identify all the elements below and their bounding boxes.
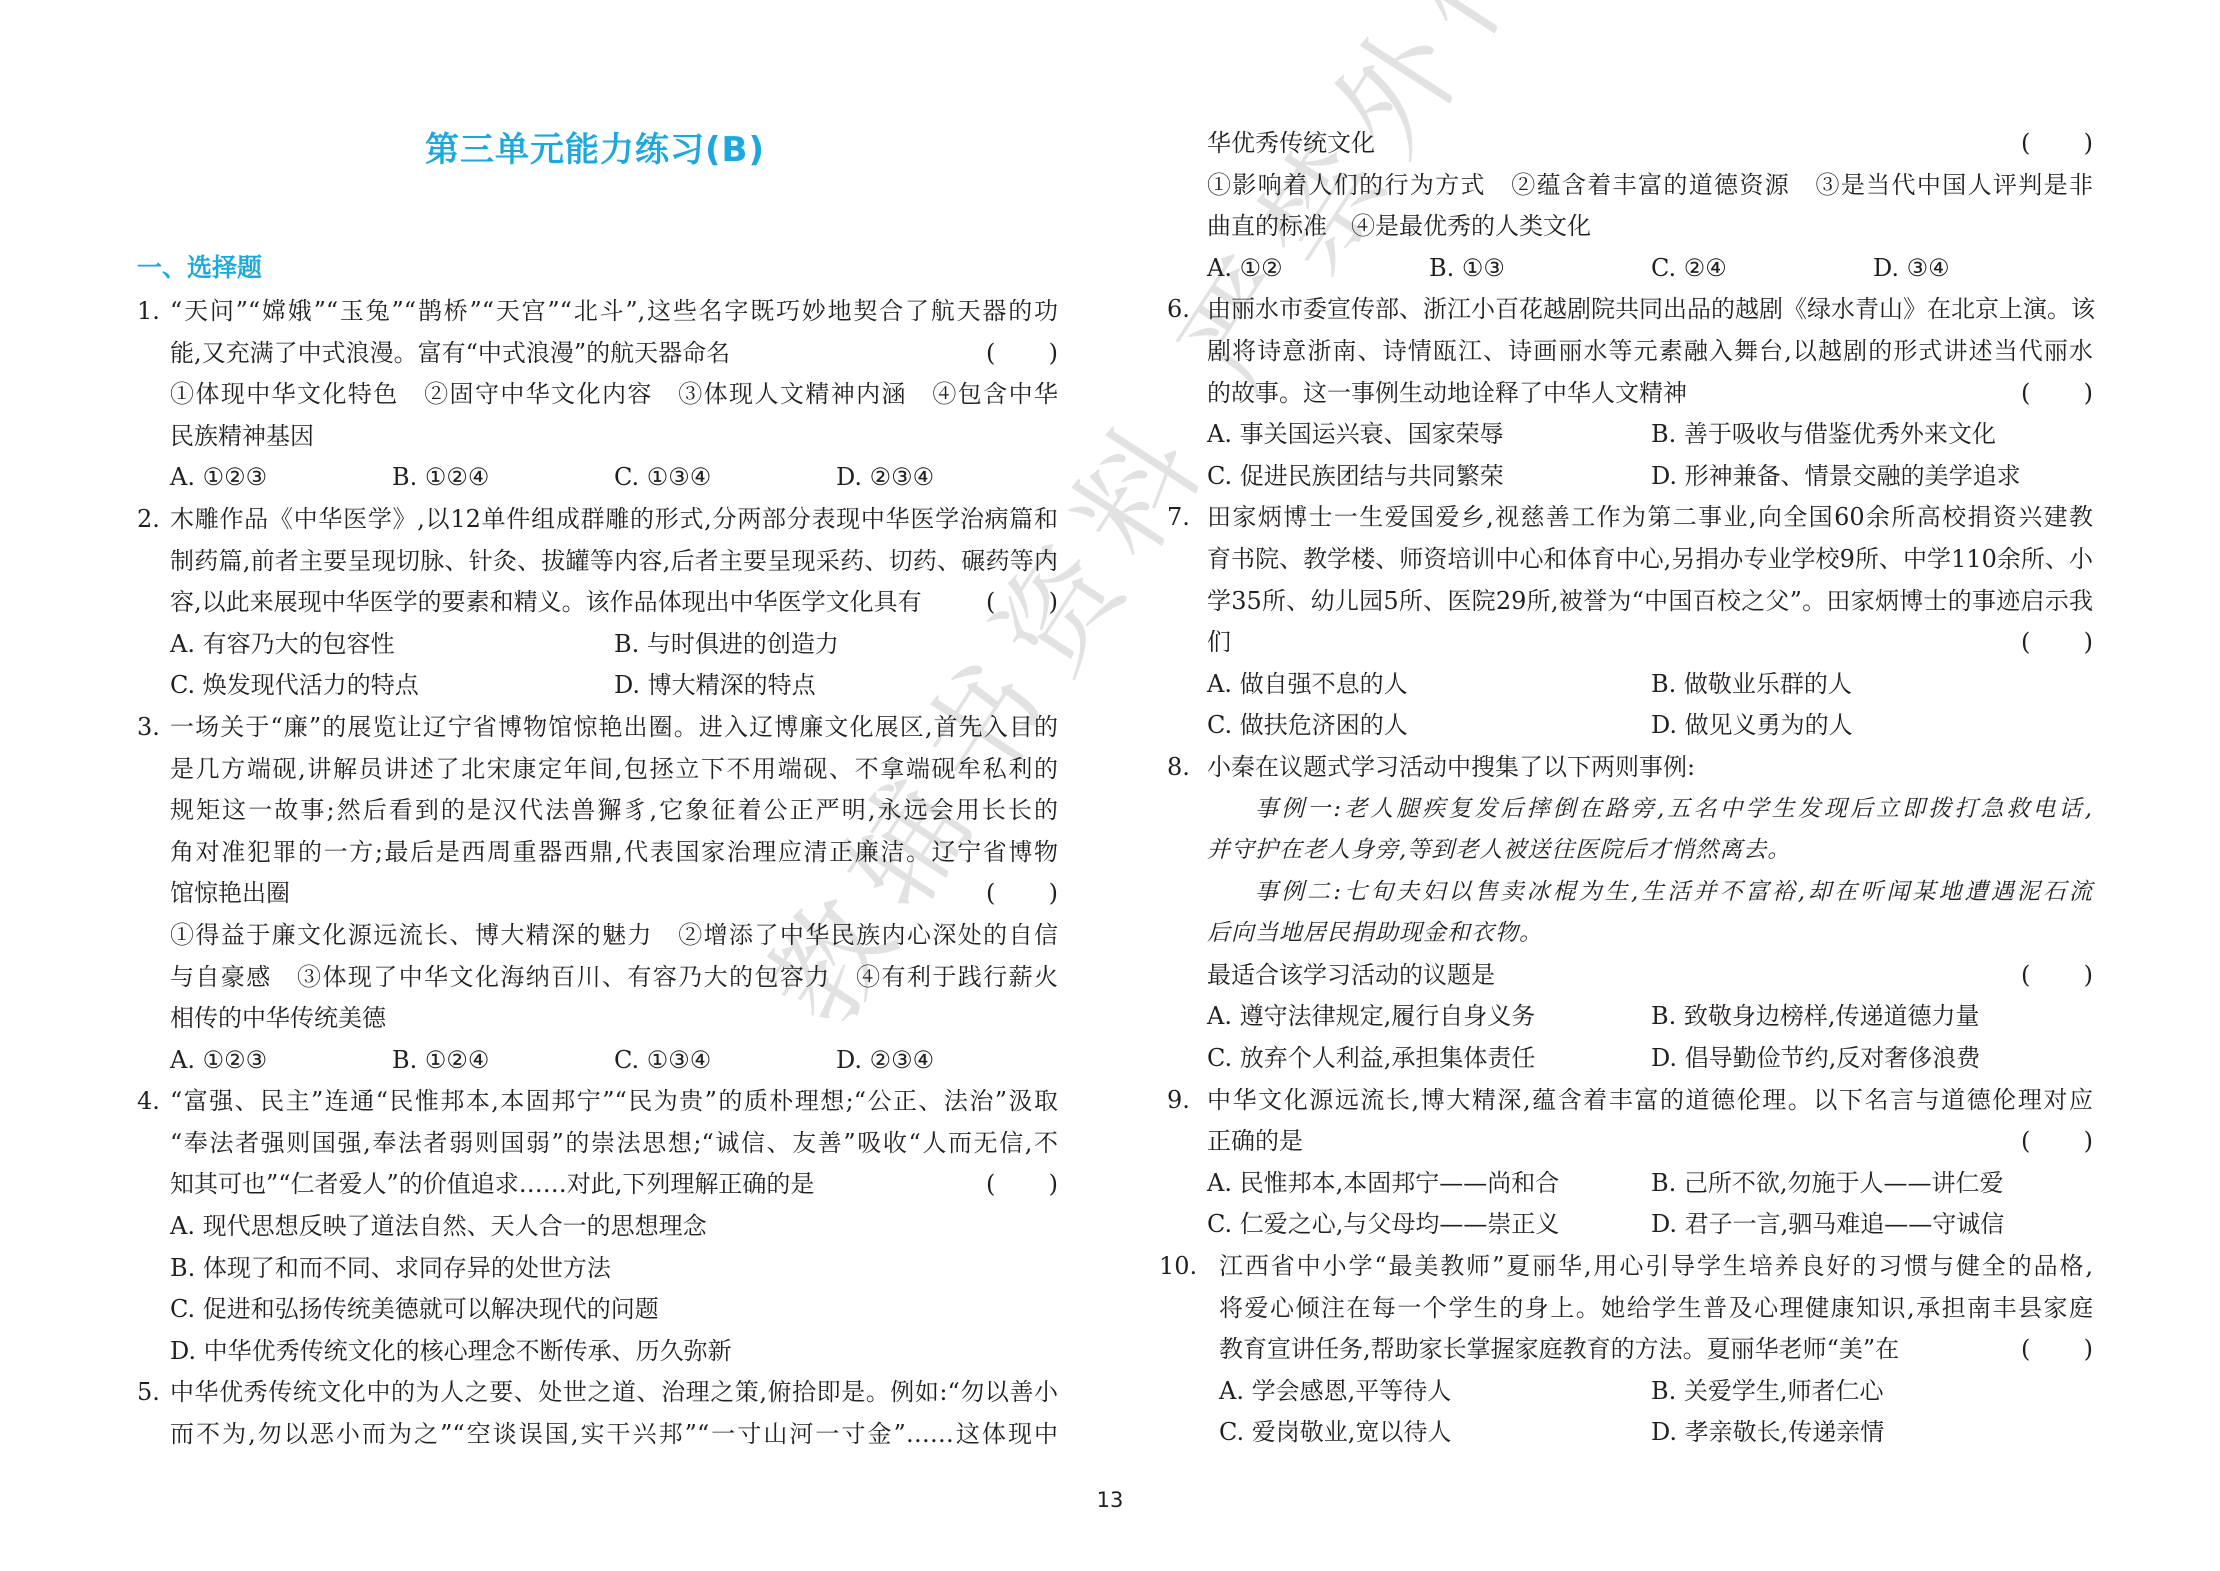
statement-line: ①得益于廉文化源远流长、博大精深的魅力 ②增添了中华民族内心深处的自信 (170, 915, 1058, 957)
option-b[interactable]: B. ①②④ (392, 457, 489, 499)
option-d[interactable]: D. 中华优秀传统文化的核心理念不断传承、历久弥新 (170, 1331, 1058, 1373)
option-b[interactable]: B. 己所不欲,勿施于人——讲仁爱 (1651, 1163, 2004, 1205)
question-stem-line: 们 (1207, 622, 2093, 664)
option-c[interactable]: C. ②④ (1651, 248, 1727, 290)
answer-blank[interactable]: () (2021, 123, 2093, 165)
option-d[interactable]: D. 孝亲敬长,传递亲情 (1651, 1412, 1884, 1454)
question-stem-line: 最适合该学习活动的议题是 (1207, 955, 2093, 997)
statement-line: 曲直的标准 ④是最优秀的人类文化 (1207, 206, 2093, 248)
section-heading-multiple-choice: 一、选择题 (137, 248, 262, 284)
question-7: 7.田家炳博士一生爱国爱乡,视慈善工作为第二事业,向全国60余所高校捐资兴建教 … (1167, 497, 2093, 747)
statement-line: 民族精神基因 (170, 416, 1058, 458)
option-a[interactable]: A. 做自强不息的人 (1207, 664, 1408, 706)
question-stem-line: 一场关于“廉”的展览让辽宁省博物馆惊艳出圈。进入辽博廉文化展区,首先入目的 (170, 707, 1058, 749)
option-c[interactable]: C. 放弃个人利益,承担集体责任 (1207, 1038, 1535, 1080)
option-b[interactable]: B. ①②④ (392, 1040, 489, 1082)
question-number: 2. (137, 499, 160, 541)
option-a[interactable]: A. 民惟邦本,本固邦宁——尚和合 (1207, 1163, 1559, 1205)
case-1-line: 并守护在老人身旁,等到老人被送往医院后才悄然离去。 (1207, 830, 2093, 872)
question-5-continued: 华优秀传统文化() ①影响着人们的行为方式 ②蕴含着丰富的道德资源 ③是当代中国… (1167, 123, 2093, 289)
option-c[interactable]: C. ①③④ (614, 457, 711, 499)
question-3: 3.一场关于“廉”的展览让辽宁省博物馆惊艳出圈。进入辽博廉文化展区,首先入目的 … (137, 707, 1058, 1081)
question-stem-line: 容,以此来展现中华医学的要素和精义。该作品体现出中华医学文化具有 (170, 582, 1058, 624)
option-a[interactable]: A. 事关国运兴衰、国家荣辱 (1207, 414, 1504, 456)
option-b[interactable]: B. 体现了和而不同、求同存异的处世方法 (170, 1248, 1058, 1290)
answer-blank[interactable]: () (986, 1164, 1058, 1206)
case-1-line: 事例一:老人腿疾复发后摔倒在路旁,五名中学生发现后立即拨打急救电话, (1207, 789, 2093, 831)
question-2: 2.木雕作品《中华医学》,以12单件组成群雕的形式,分两部分表现中华医学治病篇和… (137, 499, 1058, 707)
question-number: 7. (1167, 497, 1190, 539)
question-number: 4. (137, 1081, 160, 1123)
option-c[interactable]: C. ①③④ (614, 1040, 711, 1082)
question-stem-line: 中华文化源远流长,博大精深,蕴含着丰富的道德伦理。以下名言与道德伦理对应 (1207, 1080, 2093, 1122)
option-b[interactable]: B. 关爱学生,师者仁心 (1651, 1371, 1884, 1413)
option-d[interactable]: D. 做见义勇为的人 (1651, 705, 1853, 747)
option-b[interactable]: B. 致敬身边榜样,传递道德力量 (1651, 996, 1980, 1038)
answer-blank[interactable]: () (986, 873, 1058, 915)
page-title: 第三单元能力练习(B) (0, 122, 1190, 171)
question-stem-line: 木雕作品《中华医学》,以12单件组成群雕的形式,分两部分表现中华医学治病篇和 (170, 499, 1058, 541)
question-stem-line: 馆惊艳出圈 (170, 873, 1058, 915)
option-c[interactable]: C. 仁爱之心,与父母均——崇正义 (1207, 1204, 1559, 1246)
question-stem-line: 知其可也”“仁者爱人”的价值追求……对此,下列理解正确的是 (170, 1164, 1058, 1206)
option-b[interactable]: B. 做敬业乐群的人 (1651, 664, 1852, 706)
statement-line: 与自豪感 ③体现了中华文化海纳百川、有容乃大的包容力 ④有利于践行薪火 (170, 957, 1058, 999)
question-stem-line: 中华优秀传统文化中的为人之要、处世之道、治理之策,俯拾即是。例如:“勿以善小 (170, 1372, 1058, 1414)
page-number: 13 (0, 1488, 2220, 1512)
option-d[interactable]: D. 形神兼备、情景交融的美学追求 (1651, 456, 2021, 498)
question-5: 5.中华优秀传统文化中的为人之要、处世之道、治理之策,俯拾即是。例如:“勿以善小… (137, 1372, 1058, 1455)
question-stem-line: 是几方端砚,讲解员讲述了北宋康定年间,包拯立下不用端砚、不拿端砚牟私利的 (170, 749, 1058, 791)
question-stem-line: 华优秀传统文化 (1207, 123, 2093, 165)
question-stem-line: 角对准犯罪的一方;最后是西周重器西鼎,代表国家治理应清正廉洁。辽宁省博物 (170, 832, 1058, 874)
option-a[interactable]: A. 有容乃大的包容性 (170, 624, 395, 666)
option-d[interactable]: D. ②③④ (836, 1040, 934, 1082)
option-a[interactable]: A. ①② (1207, 248, 1283, 290)
option-c[interactable]: C. 焕发现代活力的特点 (170, 665, 419, 707)
left-column: 1.“天问”“嫦娥”“玉兔”“鹊桥”“天宫”“北斗”,这些名字既巧妙地契合了航天… (137, 291, 1058, 1456)
question-stem-line: 教育宣讲任务,帮助家长掌握家庭教育的方法。夏丽华老师“美”在 (1219, 1329, 2093, 1371)
question-stem-line: “富强、民主”连通“民惟邦本,本固邦宁”“民为贵”的质朴理想;“公正、法治”汲取 (170, 1081, 1058, 1123)
option-c[interactable]: C. 爱岗敬业,宽以待人 (1219, 1412, 1451, 1454)
question-number: 1. (137, 291, 160, 333)
case-2-line: 事例二:七旬夫妇以售卖冰棍为生,生活并不富裕,却在听闻某地遭遇泥石流 (1207, 872, 2093, 914)
question-9: 9.中华文化源远流长,博大精深,蕴含着丰富的道德伦理。以下名言与道德伦理对应 正… (1167, 1080, 2093, 1246)
option-a[interactable]: A. ①②③ (170, 457, 267, 499)
question-stem-line: 而不为,勿以恶小而为之”“空谈误国,实干兴邦”“一寸山河一寸金”……这体现中 (170, 1414, 1058, 1456)
statement-line: 相传的中华传统美德 (170, 998, 1058, 1040)
option-d[interactable]: D. 博大精深的特点 (614, 665, 816, 707)
question-stem-line: 正确的是 (1207, 1121, 2093, 1163)
question-stem-line: 小秦在议题式学习活动中搜集了以下两则事例: (1207, 747, 2093, 789)
option-b[interactable]: B. 与时俱进的创造力 (614, 624, 839, 666)
question-stem-line: 的故事。这一事例生动地诠释了中华人文精神 (1207, 373, 2093, 415)
option-d[interactable]: D. 君子一言,驷马难追——守诚信 (1651, 1204, 2004, 1246)
statement-line: ①影响着人们的行为方式 ②蕴含着丰富的道德资源 ③是当代中国人评判是非 (1207, 165, 2093, 207)
question-stem-line: 江西省中小学“最美教师”夏丽华,用心引导学生培养良好的习惯与健全的品格, (1219, 1246, 2093, 1288)
question-stem-line: 学35所、幼儿园5所、医院29所,被誉为“中国百校之父”。田家炳博士的事迹启示我 (1207, 581, 2093, 623)
question-8: 8.小秦在议题式学习活动中搜集了以下两则事例: 事例一:老人腿疾复发后摔倒在路旁… (1167, 747, 2093, 1080)
option-a[interactable]: A. 遵守法律规定,履行自身义务 (1207, 996, 1535, 1038)
question-4: 4.“富强、民主”连通“民惟邦本,本固邦宁”“民为贵”的质朴理想;“公正、法治”… (137, 1081, 1058, 1372)
option-d[interactable]: D. 倡导勤俭节约,反对奢侈浪费 (1651, 1038, 1980, 1080)
question-stem-line: 将爱心倾注在每一个学生的身上。她给学生普及心理健康知识,承担南丰县家庭 (1219, 1288, 2093, 1330)
answer-blank[interactable]: () (986, 582, 1058, 624)
option-d[interactable]: D. ③④ (1873, 248, 1950, 290)
answer-blank[interactable]: () (2021, 622, 2093, 664)
option-c[interactable]: C. 促进和弘扬传统美德就可以解决现代的问题 (170, 1289, 1058, 1331)
option-b[interactable]: B. 善于吸收与借鉴优秀外来文化 (1651, 414, 1996, 456)
statement-line: ①体现中华文化特色 ②固守中华文化内容 ③体现人文精神内涵 ④包含中华 (170, 374, 1058, 416)
answer-blank[interactable]: () (2021, 955, 2093, 997)
option-a[interactable]: A. ①②③ (170, 1040, 267, 1082)
answer-blank[interactable]: () (986, 333, 1058, 375)
answer-blank[interactable]: () (2021, 1329, 2093, 1371)
right-column: 华优秀传统文化() ①影响着人们的行为方式 ②蕴含着丰富的道德资源 ③是当代中国… (1167, 123, 2093, 1454)
question-number: 10. (1159, 1246, 1197, 1288)
option-a[interactable]: A. 现代思想反映了道法自然、天人合一的思想理念 (170, 1206, 1058, 1248)
question-number: 8. (1167, 747, 1190, 789)
question-stem-line: 规矩这一故事;然后看到的是汉代法兽獬豸,它象征着公正严明,永远会用长长的 (170, 790, 1058, 832)
question-6: 6.由丽水市委宣传部、浙江小百花越剧院共同出品的越剧《绿水青山》在北京上演。该 … (1167, 289, 2093, 497)
answer-blank[interactable]: () (2021, 373, 2093, 415)
question-number: 9. (1167, 1080, 1190, 1122)
question-10: 10.江西省中小学“最美教师”夏丽华,用心引导学生培养良好的习惯与健全的品格, … (1167, 1246, 2093, 1454)
question-stem-line: 能,又充满了中式浪漫。富有“中式浪漫”的航天器命名 (170, 333, 1058, 375)
question-number: 5. (137, 1372, 160, 1414)
option-a[interactable]: A. 学会感恩,平等待人 (1219, 1371, 1451, 1413)
question-stem-line: 制药篇,前者主要呈现切脉、针灸、拔罐等内容,后者主要呈现采药、切药、碾药等内 (170, 541, 1058, 583)
question-stem-line: 田家炳博士一生爱国爱乡,视慈善工作为第二事业,向全国60余所高校捐资兴建教 (1207, 497, 2093, 539)
question-number: 3. (137, 707, 160, 749)
answer-blank[interactable]: () (2021, 1121, 2093, 1163)
option-b[interactable]: B. ①③ (1429, 248, 1505, 290)
question-stem-line: “天问”“嫦娥”“玉兔”“鹊桥”“天宫”“北斗”,这些名字既巧妙地契合了航天器的… (170, 291, 1058, 333)
exercise-page: 教辅书资料 严禁外传 第三单元能力练习(B) 一、选择题 1.“天问”“嫦娥”“… (0, 0, 2220, 1571)
question-stem-line: 育书院、教学楼、师资培训中心和体育中心,另捐办专业学校9所、中学110余所、小 (1207, 539, 2093, 581)
question-stem-line: 剧将诗意浙南、诗情瓯江、诗画丽水等元素融入舞台,以越剧的形式讲述当代丽水 (1207, 331, 2093, 373)
case-2-line: 后向当地居民捐助现金和衣物。 (1207, 913, 2093, 955)
question-stem-line: “奉法者强则国强,奉法者弱则国弱”的崇法思想;“诚信、友善”吸收“人而无信,不 (170, 1123, 1058, 1165)
question-number: 6. (1167, 289, 1190, 331)
option-c[interactable]: C. 促进民族团结与共同繁荣 (1207, 456, 1504, 498)
option-c[interactable]: C. 做扶危济困的人 (1207, 705, 1408, 747)
question-1: 1.“天问”“嫦娥”“玉兔”“鹊桥”“天宫”“北斗”,这些名字既巧妙地契合了航天… (137, 291, 1058, 499)
question-stem-line: 由丽水市委宣传部、浙江小百花越剧院共同出品的越剧《绿水青山》在北京上演。该 (1207, 289, 2093, 331)
option-d[interactable]: D. ②③④ (836, 457, 934, 499)
